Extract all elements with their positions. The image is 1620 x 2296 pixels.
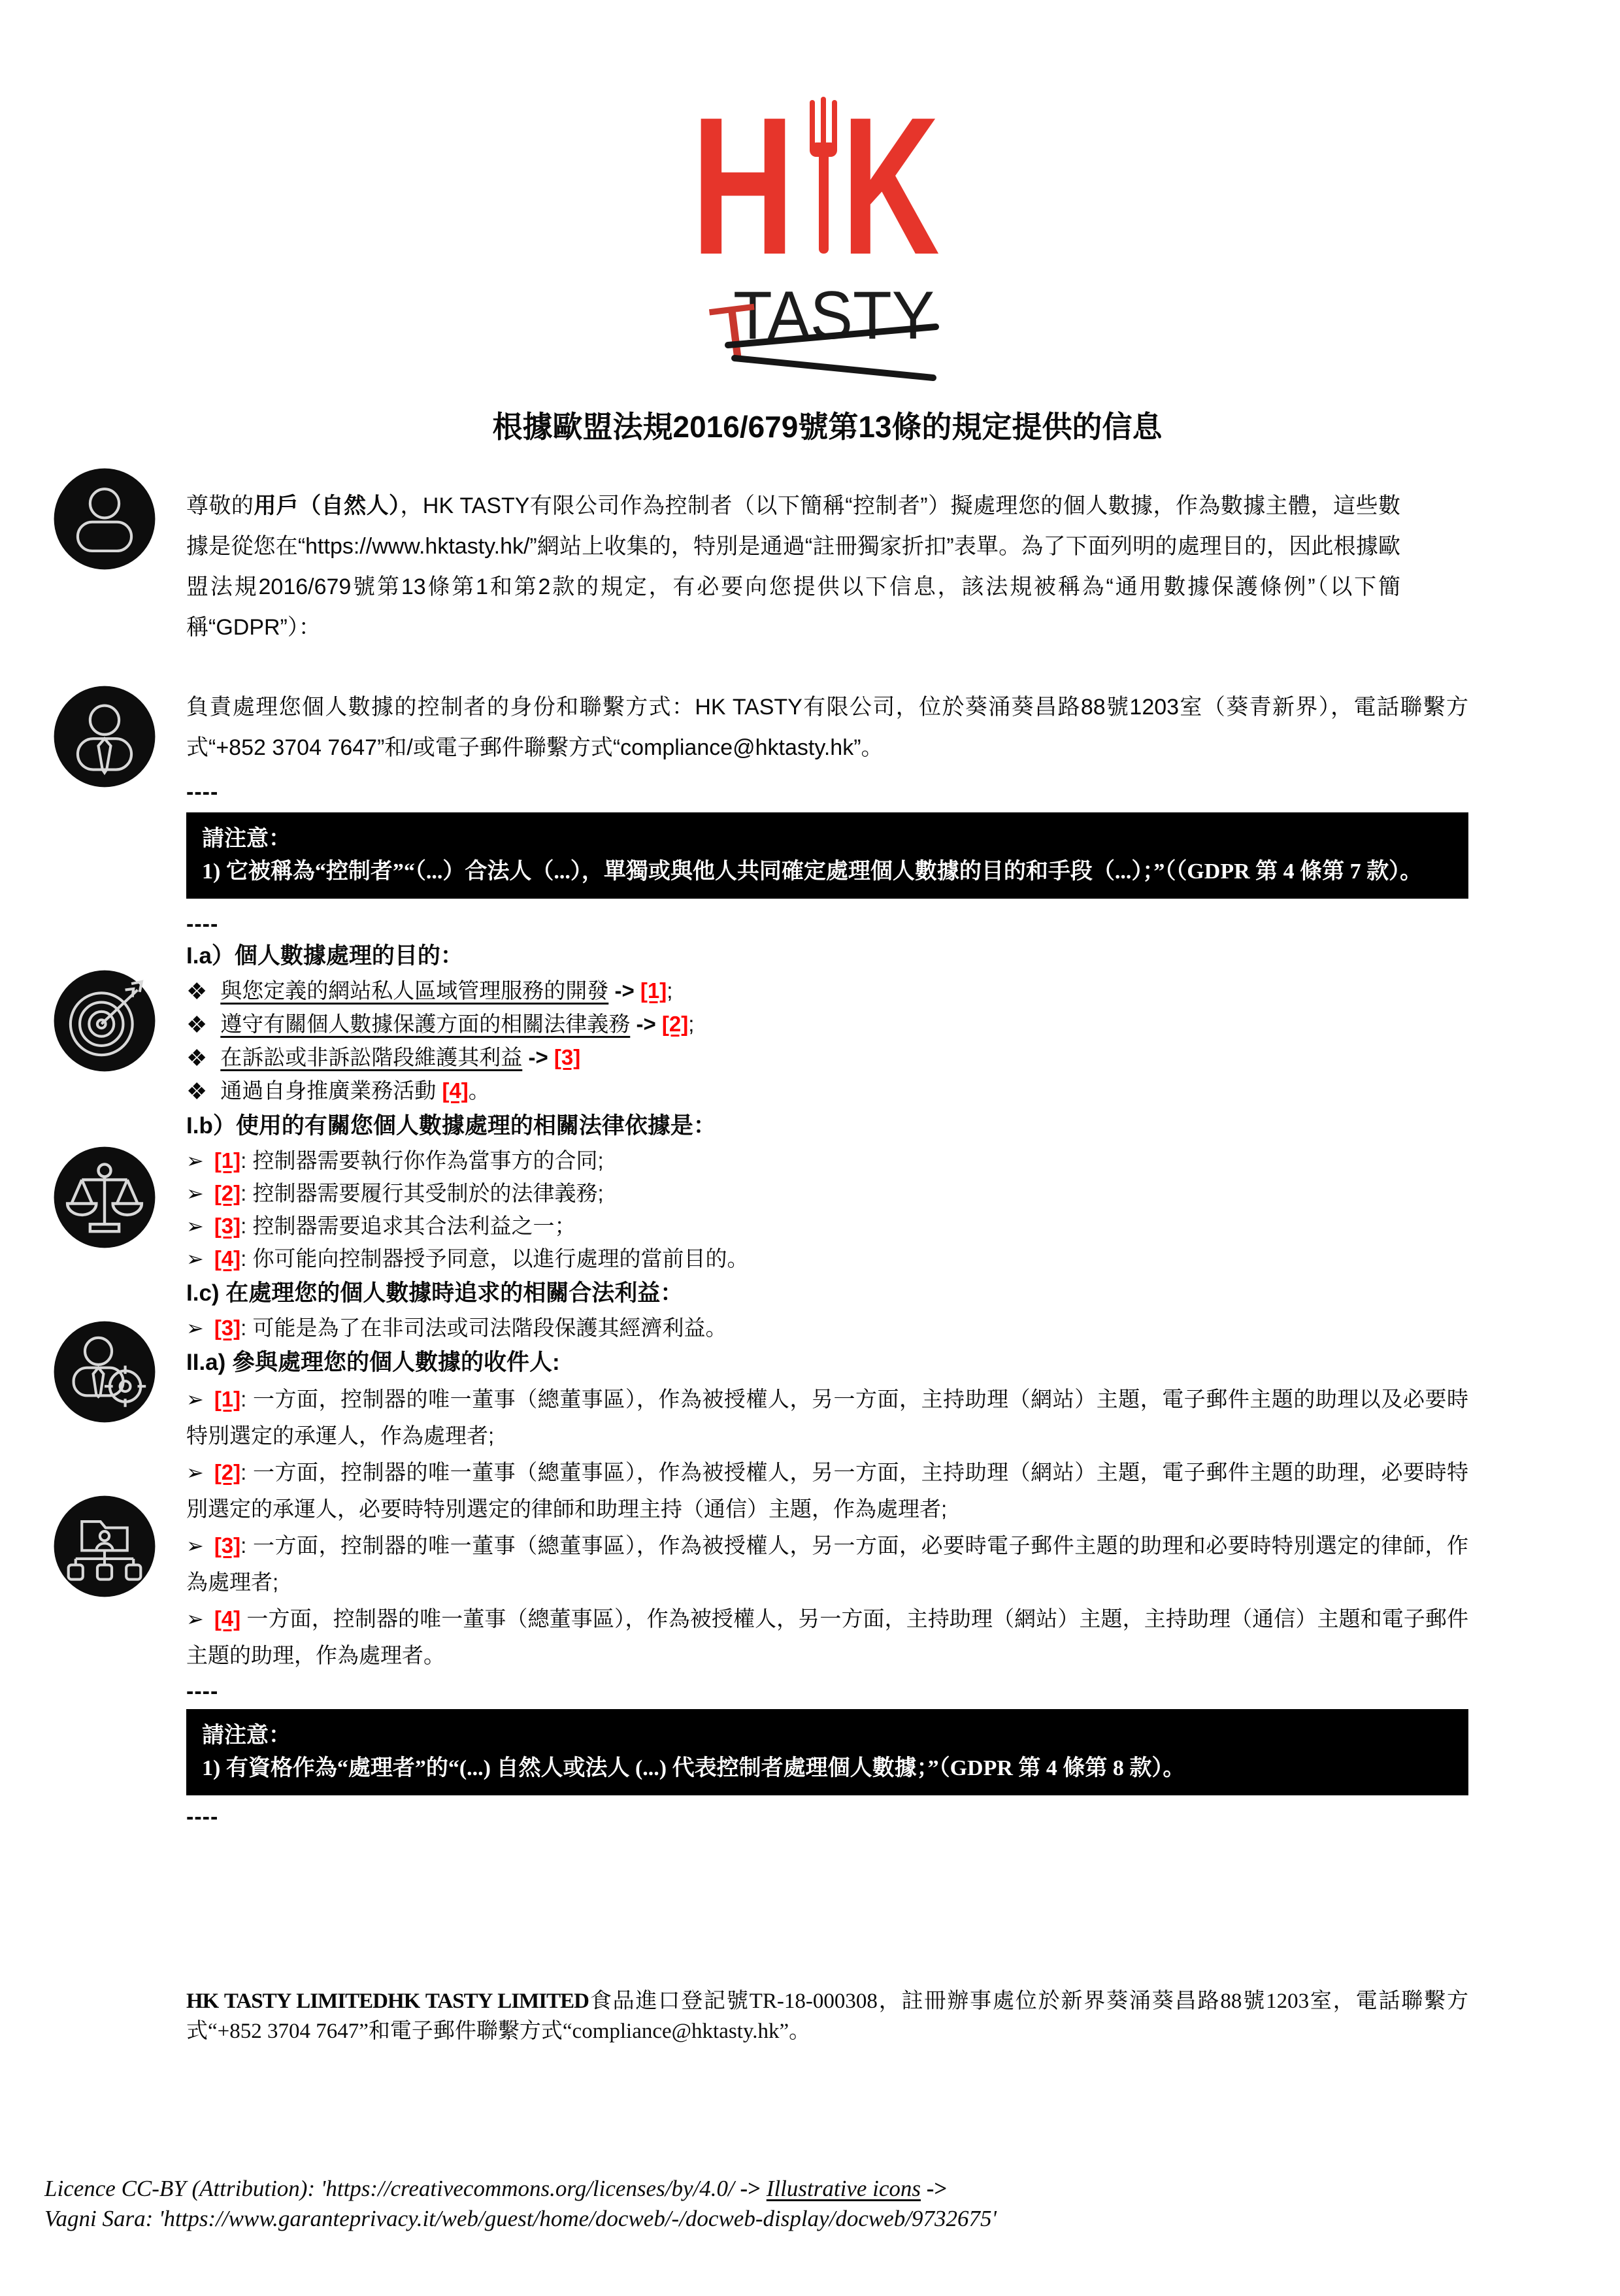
ref-link[interactable]: [4] xyxy=(442,1078,468,1103)
ref-link[interactable]: [1] xyxy=(214,1148,240,1173)
section-ic-heading: I.c) 在處理您的個人數據時追求的相關合法利益： xyxy=(186,1275,1468,1312)
arrow-glyph: -> xyxy=(636,1012,655,1036)
diamond-bullet-icon: ❖ xyxy=(186,1044,207,1071)
user-target-icon xyxy=(53,1320,156,1423)
controller-body: 負責處理您個人數據的控制者的身份和聯繫方式：HK TASTY有限公司，位於葵涌葵… xyxy=(186,695,1468,760)
diamond-bullet-icon: ❖ xyxy=(186,978,207,1005)
arrow-glyph: -> xyxy=(740,2176,761,2201)
scales-icon xyxy=(53,1146,156,1249)
fork-icon xyxy=(810,97,837,254)
notice-box-controller: 請注意： 1) 它被稱為“控制者”“（...）合法人（...），單獨或與他人共同… xyxy=(186,812,1468,899)
list-item: ➢[3]: 可能是為了在非司法或司法階段保護其經濟利益。 xyxy=(186,1312,1468,1344)
arrow-bullet-icon: ➢ xyxy=(186,1247,204,1271)
business-user-icon xyxy=(53,685,156,788)
purpose-link[interactable]: 遵守有關個人數據保護方面的相關法律義務 xyxy=(220,1012,630,1036)
list-item: ❖與您定義的網站私人區域管理服務的開發 -> [1]; xyxy=(186,974,1468,1008)
item-text: : 可能是為了在非司法或司法階段保護其經濟利益。 xyxy=(240,1316,727,1340)
notice-box-processor: 請注意： 1) 有資格作為“處理者”的“(...) 自然人或法人 (...) 代… xyxy=(186,1709,1468,1795)
ref-link[interactable]: [1] xyxy=(214,1387,240,1411)
arrow-glyph: -> xyxy=(614,978,634,1003)
arrow-bullet-icon: ➢ xyxy=(186,1461,204,1484)
ref-link[interactable]: [2] xyxy=(214,1460,240,1484)
arrow-bullet-icon: ➢ xyxy=(186,1214,204,1238)
item-text: : 控制器需要追求其合法利益之一； xyxy=(240,1214,576,1238)
item-tail: 。 xyxy=(469,1078,490,1103)
list-item: ➢[3]: 一方面，控制器的唯一董事（總董事區），作為被授權人，另一方面，必要時… xyxy=(186,1527,1468,1601)
purpose-link[interactable]: 與您定義的網站私人區域管理服務的開發 xyxy=(220,978,608,1003)
diamond-bullet-icon: ❖ xyxy=(186,1078,207,1105)
item-text: : 一方面，控制器的唯一董事（總董事區），作為被授權人，另一方面，主持助理（網站… xyxy=(186,1387,1468,1448)
arrow-glyph: -> xyxy=(927,2176,948,2201)
arrow-bullet-icon: ➢ xyxy=(186,1316,204,1340)
company-name: HK TASTY LIMITEDHK TASTY LIMITED xyxy=(186,1989,589,2013)
folder-hierarchy-icon xyxy=(53,1495,156,1598)
logo-letter-k: K xyxy=(842,90,940,295)
ref-link[interactable]: [3] xyxy=(214,1316,240,1340)
controller-paragraph: 負責處理您個人數據的控制者的身份和聯繫方式：HK TASTY有限公司，位於葵涌葵… xyxy=(186,687,1468,768)
hk-tasty-logo: H K TASTY T xyxy=(680,90,941,384)
licence-note: Licence CC-BY (Attribution): 'https://cr… xyxy=(44,2174,1620,2234)
arrow-bullet-icon: ➢ xyxy=(186,1388,204,1411)
logo: H K TASTY T xyxy=(0,0,1620,384)
list-item: ➢[4]: 你可能向控制器授予同意，以進行處理的當前目的。 xyxy=(186,1242,1468,1275)
list-item: ➢[2]: 控制器需要履行其受制於的法律義務; xyxy=(186,1177,1468,1210)
item-text: : 控制器需要執行你作為當事方的合同; xyxy=(240,1148,604,1173)
section-iia-heading: II.a) 參與處理您的個人數據的收件人: xyxy=(186,1344,1468,1381)
page-title: 根據歐盟法規2016/679號第13條的規定提供的信息 xyxy=(186,404,1468,450)
list-item: ❖通過自身推廣業務活動 [4]。 xyxy=(186,1074,1468,1108)
licence-line-2: Vagni Sara: 'https://www.garanteprivacy.… xyxy=(44,2204,1620,2234)
ref-link[interactable]: [4] xyxy=(214,1606,240,1631)
separator-dashes: ---- xyxy=(186,1679,1468,1705)
separator-dashes: ---- xyxy=(186,780,1468,806)
intro-bold-user: 用戶（自然人） xyxy=(254,493,400,518)
ref-link[interactable]: [2] xyxy=(214,1181,240,1205)
purpose-link[interactable]: 在訴訟或非訴訟階段維護其利益 xyxy=(220,1045,522,1069)
logo-letter-h: H xyxy=(691,90,795,295)
list-item: ➢[1]: 一方面，控制器的唯一董事（總董事區），作為被授權人，另一方面，主持助… xyxy=(186,1381,1468,1454)
purpose-text: 通過自身推廣業務活動 xyxy=(220,1078,436,1103)
notice-body: 1) 有資格作為“處理者”的“(...) 自然人或法人 (...) 代表控制者處… xyxy=(202,1752,1453,1785)
item-text: : 你可能向控制器授予同意，以進行處理的當前目的。 xyxy=(240,1246,748,1271)
notice-label: 請注意： xyxy=(202,1720,1453,1752)
ref-link[interactable]: [3] xyxy=(214,1533,240,1557)
separator-dashes: ---- xyxy=(186,912,1468,938)
ref-link[interactable]: [3] xyxy=(554,1045,580,1069)
ref-link[interactable]: [1] xyxy=(640,978,667,1003)
list-item: ❖在訴訟或非訴訟階段維護其利益 -> [3] xyxy=(186,1041,1468,1074)
item-tail: ; xyxy=(688,1012,694,1036)
item-text: 一方面，控制器的唯一董事（總董事區），作為被授權人，另一方面，主持助理（網站）主… xyxy=(186,1606,1468,1667)
list-item: ➢[4] 一方面，控制器的唯一董事（總董事區），作為被授權人，另一方面，主持助理… xyxy=(186,1601,1468,1674)
item-tail: ; xyxy=(667,978,672,1003)
illustrative-icons-link[interactable]: Illustrative icons xyxy=(767,2176,921,2201)
item-text: : 控制器需要履行其受制於的法律義務; xyxy=(240,1181,604,1205)
user-icon xyxy=(53,467,156,571)
notice-label: 請注意： xyxy=(202,823,1453,856)
intro-paragraph: 尊敬的用戶（自然人），HK TASTY有限公司作為控制者（以下簡稱“控制者”）擬… xyxy=(186,486,1468,648)
list-item: ➢[2]: 一方面，控制器的唯一董事（總董事區），作為被授權人，另一方面，主持助… xyxy=(186,1454,1468,1527)
diamond-bullet-icon: ❖ xyxy=(186,1011,207,1038)
notice-body: 1) 它被稱為“控制者”“（...）合法人（...），單獨或與他人共同確定處理個… xyxy=(202,856,1453,888)
licence-text: Vagni Sara: 'https://www.garanteprivacy.… xyxy=(44,2206,997,2231)
intro-prefix: 尊敬的 xyxy=(186,493,254,518)
list-item: ➢[3]: 控制器需要追求其合法利益之一； xyxy=(186,1210,1468,1242)
arrow-bullet-icon: ➢ xyxy=(186,1149,204,1173)
item-text: : 一方面，控制器的唯一董事（總董事區），作為被授權人，另一方面，必要時電子郵件… xyxy=(186,1533,1468,1594)
arrow-bullet-icon: ➢ xyxy=(186,1534,204,1557)
arrow-bullet-icon: ➢ xyxy=(186,1607,204,1631)
arrow-bullet-icon: ➢ xyxy=(186,1182,204,1205)
list-item: ❖遵守有關個人數據保護方面的相關法律義務 -> [2]; xyxy=(186,1008,1468,1041)
item-text: : 一方面，控制器的唯一董事（總董事區），作為被授權人，另一方面，主持助理（網站… xyxy=(186,1460,1468,1521)
section-ia-heading: I.a）個人數據處理的目的： xyxy=(186,938,1468,974)
ref-link[interactable]: [2] xyxy=(662,1012,688,1036)
arrow-glyph: -> xyxy=(528,1045,548,1069)
separator-dashes: ---- xyxy=(186,1805,1468,1831)
section-ib-heading: I.b）使用的有關您個人數據處理的相關法律依據是： xyxy=(186,1108,1468,1144)
licence-line-1: Licence CC-BY (Attribution): 'https://cr… xyxy=(44,2174,1620,2204)
ref-link[interactable]: [3] xyxy=(214,1214,240,1238)
company-footer: HK TASTY LIMITEDHK TASTY LIMITED食品進口登記號T… xyxy=(186,1986,1468,2046)
target-arrow-icon xyxy=(53,969,156,1073)
licence-text: Licence CC-BY (Attribution): 'https://cr… xyxy=(44,2176,740,2201)
list-item: ➢[1]: 控制器需要執行你作為當事方的合同; xyxy=(186,1144,1468,1177)
ref-link[interactable]: [4] xyxy=(214,1246,240,1271)
